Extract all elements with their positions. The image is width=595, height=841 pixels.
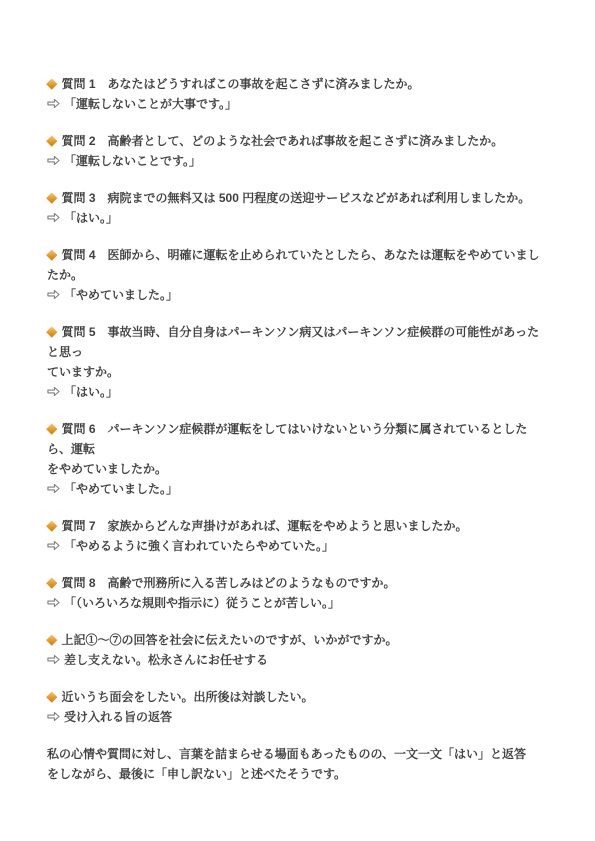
- qa-block: 質問 5 事故当時、自分自身はパーキンソン病又はパーキンソン症候群の可能性があっ…: [47, 322, 549, 403]
- answer-text: 「やめていました。」: [64, 288, 178, 302]
- diamond-bullet-icon: [46, 135, 57, 146]
- answer-line: 差し支えない。松永さんにお任せする: [47, 650, 549, 671]
- arrow-right-icon: [47, 594, 60, 614]
- arrow-right-icon: [47, 651, 60, 671]
- qa-block: 質問 2 高齢者として、どのような社会であれば事故を起こさずに済みましたか。 「…: [47, 131, 549, 172]
- question-line: 質問 1 あなたはどうすればこの事故を起こさずに済みましたか。: [47, 74, 549, 94]
- answer-text: 「やめていました。」: [64, 482, 178, 496]
- qa-block: 質問 8 高齢で刑務所に入る苦しみはどのようなものですか。 「（いろいろな規則や…: [47, 573, 549, 614]
- question-text: 質問 2 高齢者として、どのような社会であれば事故を起こさずに済みましたか。: [62, 134, 504, 148]
- diamond-bullet-icon: [46, 634, 57, 645]
- qa-block: 質問 3 病院までの無料又は 500 円程度の送迎サービスなどがあれば利用しまし…: [47, 188, 549, 229]
- answer-text: 「（いろいろな規則や指示に）従うことが苦しい。」: [64, 596, 340, 610]
- arrow-right-icon: [47, 209, 60, 229]
- arrow-right-icon: [47, 480, 60, 500]
- qa-block: 質問 4 医師から、明確に運転を止められていたとしたら、あなたは運転をやめていま…: [47, 245, 549, 306]
- document-page: 質問 1 あなたはどうすればこの事故を起こさずに済みましたか。 「運転しないこと…: [0, 0, 595, 841]
- arrow-right-icon: [47, 383, 60, 403]
- answer-text: 「はい。」: [64, 211, 118, 225]
- answer-line: 「運転しないことです。」: [47, 151, 549, 172]
- diamond-bullet-icon: [46, 78, 57, 89]
- answer-line: 受け入れる旨の返答: [47, 707, 549, 728]
- question-line: 近いうち面会をしたい。出所後は対談したい。: [47, 687, 549, 707]
- question-line: 質問 8 高齢で刑務所に入る苦しみはどのようなものですか。: [47, 573, 549, 593]
- arrow-right-icon: [47, 537, 60, 557]
- arrow-right-icon: [47, 286, 60, 306]
- question-text: 質問 6 パーキンソン症候群が運転をしてはいけないという分類に属されているとした…: [47, 422, 527, 476]
- diamond-bullet-icon: [46, 577, 57, 588]
- diamond-bullet-icon: [46, 520, 57, 531]
- question-text: 質問 5 事故当時、自分自身はパーキンソン病又はパーキンソン症候群の可能性があっ…: [47, 325, 539, 379]
- question-line: 質問 6 パーキンソン症候群が運転をしてはいけないという分類に属されているとした…: [47, 419, 549, 479]
- diamond-bullet-icon: [46, 691, 57, 702]
- qa-block: 上記①～⑦の回答を社会に伝えたいのですが、いかがですか。 差し支えない。松永さん…: [47, 630, 549, 671]
- answer-text: 「運転しないことが大事です。」: [64, 97, 237, 111]
- question-text: 質問 3 病院までの無料又は 500 円程度の送迎サービスなどがあれば利用しまし…: [62, 191, 531, 205]
- arrow-right-icon: [47, 708, 60, 728]
- answer-line: 「（いろいろな規則や指示に）従うことが苦しい。」: [47, 593, 549, 614]
- question-line: 上記①～⑦の回答を社会に伝えたいのですが、いかがですか。: [47, 630, 549, 650]
- question-line: 質問 7 家族からどんな声掛けがあれば、運転をやめようと思いましたか。: [47, 516, 549, 536]
- answer-line: 「はい。」: [47, 382, 549, 403]
- qa-block: 質問 6 パーキンソン症候群が運転をしてはいけないという分類に属されているとした…: [47, 419, 549, 500]
- qa-list: 質問 1 あなたはどうすればこの事故を起こさずに済みましたか。 「運転しないこと…: [47, 74, 549, 784]
- question-text: 近いうち面会をしたい。出所後は対談したい。: [62, 690, 314, 704]
- question-text: 質問 7 家族からどんな声掛けがあれば、運転をやめようと思いましたか。: [62, 519, 468, 533]
- diamond-bullet-icon: [46, 326, 57, 337]
- arrow-right-icon: [47, 95, 60, 115]
- answer-line: 「やめていました。」: [47, 479, 549, 500]
- answer-text: 受け入れる旨の返答: [64, 710, 172, 724]
- closing-paragraph: 私の心情や質問に対し、言葉を詰まらせる場面もあったものの、一文一文「はい」と返答…: [47, 744, 549, 784]
- answer-text: 「運転しないことです。」: [64, 154, 201, 168]
- answer-line: 「運転しないことが大事です。」: [47, 94, 549, 115]
- answer-line: 「はい。」: [47, 208, 549, 229]
- question-text: 質問 1 あなたはどうすればこの事故を起こさずに済みましたか。: [62, 77, 420, 91]
- answer-text: 「やめるように強く言われていたらやめていた。」: [64, 539, 334, 553]
- question-line: 質問 4 医師から、明確に運転を止められていたとしたら、あなたは運転をやめていま…: [47, 245, 549, 285]
- answer-line: 「やめていました。」: [47, 285, 549, 306]
- qa-block: 質問 1 あなたはどうすればこの事故を起こさずに済みましたか。 「運転しないこと…: [47, 74, 549, 115]
- qa-block: 質問 7 家族からどんな声掛けがあれば、運転をやめようと思いましたか。 「やめる…: [47, 516, 549, 557]
- diamond-bullet-icon: [46, 423, 57, 434]
- answer-text: 差し支えない。松永さんにお任せする: [64, 653, 268, 667]
- question-line: 質問 3 病院までの無料又は 500 円程度の送迎サービスなどがあれば利用しまし…: [47, 188, 549, 208]
- qa-block: 近いうち面会をしたい。出所後は対談したい。 受け入れる旨の返答: [47, 687, 549, 728]
- diamond-bullet-icon: [46, 249, 57, 260]
- arrow-right-icon: [47, 152, 60, 172]
- question-text: 質問 4 医師から、明確に運転を止められていたとしたら、あなたは運転をやめていま…: [47, 248, 540, 282]
- answer-line: 「やめるように強く言われていたらやめていた。」: [47, 536, 549, 557]
- answer-text: 「はい。」: [64, 385, 118, 399]
- question-line: 質問 2 高齢者として、どのような社会であれば事故を起こさずに済みましたか。: [47, 131, 549, 151]
- question-text: 上記①～⑦の回答を社会に伝えたいのですが、いかがですか。: [62, 633, 398, 647]
- question-line: 質問 5 事故当時、自分自身はパーキンソン病又はパーキンソン症候群の可能性があっ…: [47, 322, 549, 382]
- diamond-bullet-icon: [46, 192, 57, 203]
- question-text: 質問 8 高齢で刑務所に入る苦しみはどのようなものですか。: [62, 576, 396, 590]
